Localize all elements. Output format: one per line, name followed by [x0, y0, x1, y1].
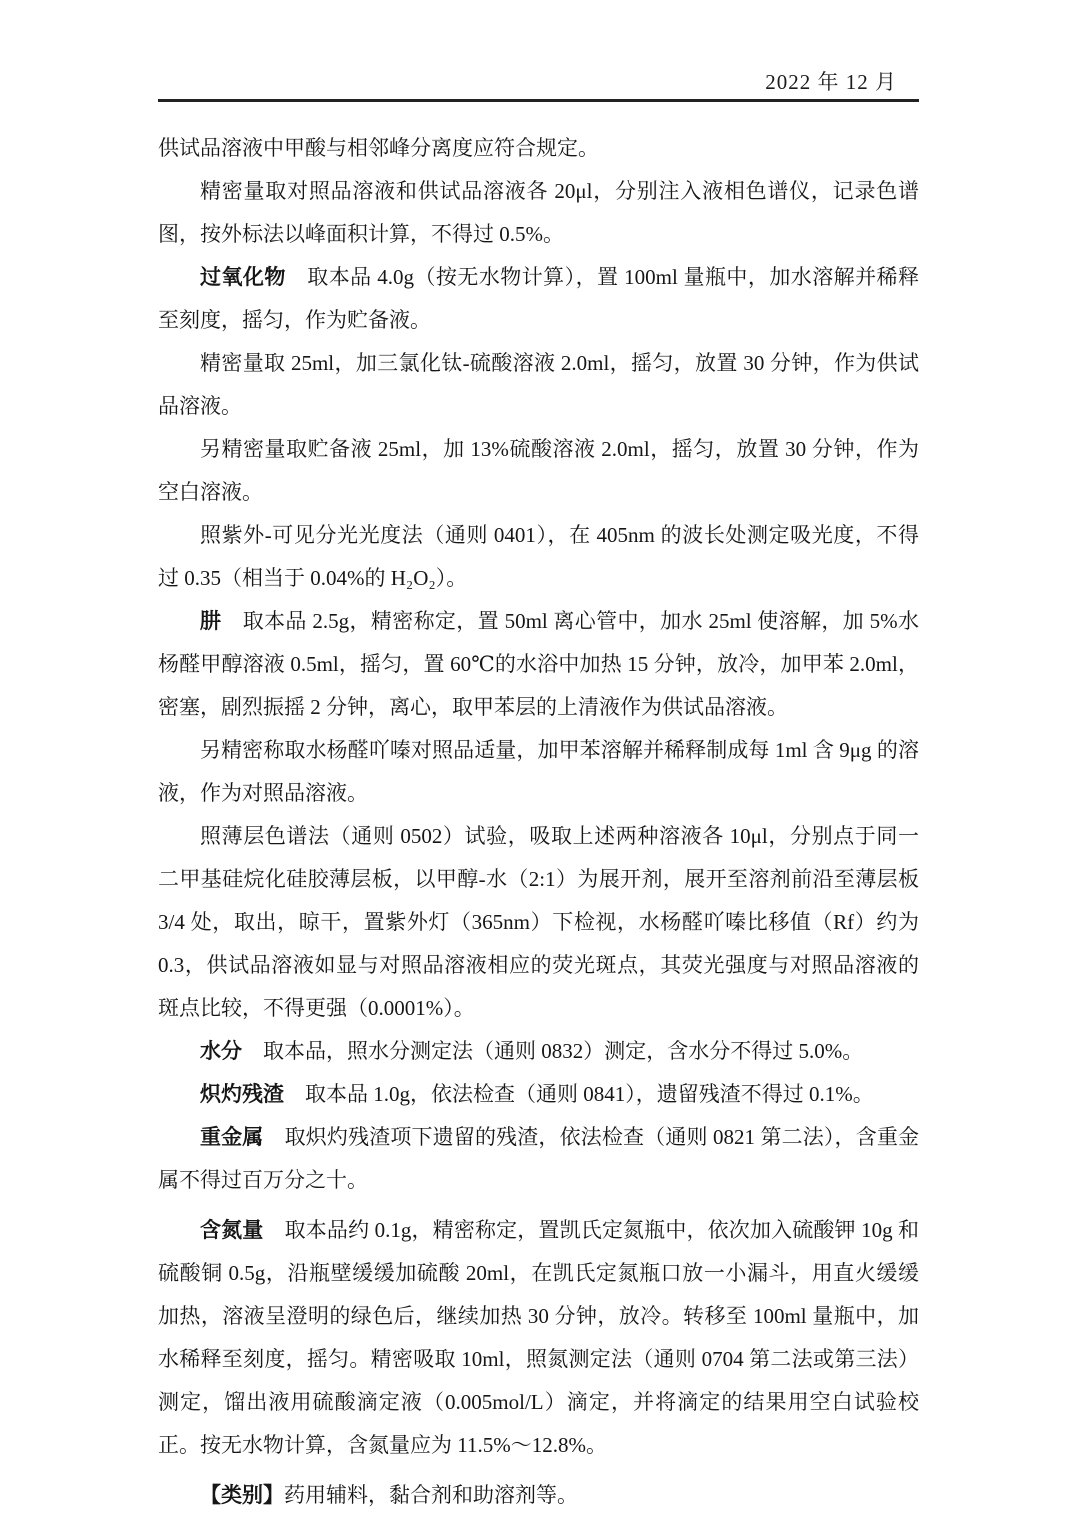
document-body: 供试品溶液中甲酸与相邻峰分离度应符合规定。精密量取对照品溶液和供试品溶液各 20… [158, 127, 919, 1517]
paragraph-text: 精密量取对照品溶液和供试品溶液各 20μl，分别注入液相色谱仪，记录色谱图，按外… [158, 179, 919, 246]
paragraph-text: 照紫外-可见分光光度法（通则 0401），在 405nm 的波长处测定吸光度，不… [158, 523, 919, 590]
paragraph: 精密量取 25ml，加三氯化钛-硫酸溶液 2.0ml，摇匀，放置 30 分钟，作… [158, 342, 919, 428]
paragraph-text: 取本品 1.0g，依法检查（通则 0841），遗留残渣不得过 0.1%。 [305, 1082, 874, 1106]
header-date: 2022 年 12 月 [765, 70, 897, 94]
paragraph: 供试品溶液中甲酸与相邻峰分离度应符合规定。 [158, 127, 919, 170]
paragraph: 炽灼残渣 取本品 1.0g，依法检查（通则 0841），遗留残渣不得过 0.1%… [158, 1073, 919, 1116]
paragraph-heading: 水分 [200, 1039, 263, 1063]
paragraph-heading: 肼 [200, 609, 243, 633]
paragraph: 照紫外-可见分光光度法（通则 0401），在 405nm 的波长处测定吸光度，不… [158, 514, 919, 600]
paragraph-text: 取本品 2.5g，精密称定，置 50ml 离心管中，加水 25ml 使溶解，加 … [158, 609, 919, 719]
paragraph-text: 另精密称取水杨醛吖嗪对照品适量，加甲苯溶解并稀释制成每 1ml 含 9μg 的溶… [158, 738, 919, 805]
paragraph: 照薄层色谱法（通则 0502）试验，吸取上述两种溶液各 10μl，分别点于同一二… [158, 815, 919, 1030]
paragraph: 含氮量 取本品约 0.1g，精密称定，置凯氏定氮瓶中，依次加入硫酸钾 10g 和… [158, 1209, 919, 1467]
paragraph: 另精密称取水杨醛吖嗪对照品适量，加甲苯溶解并稀释制成每 1ml 含 9μg 的溶… [158, 729, 919, 815]
document-page: 2022 年 12 月 供试品溶液中甲酸与相邻峰分离度应符合规定。精密量取对照品… [0, 0, 1080, 1527]
paragraph: 肼 取本品 2.5g，精密称定，置 50ml 离心管中，加水 25ml 使溶解，… [158, 600, 919, 729]
paragraph-heading: 重金属 [200, 1125, 285, 1149]
page-header: 2022 年 12 月 [158, 68, 897, 96]
paragraph: 另精密量取贮备液 25ml，加 13%硫酸溶液 2.0ml，摇匀，放置 30 分… [158, 428, 919, 514]
paragraph-text: 精密量取 25ml，加三氯化钛-硫酸溶液 2.0ml，摇匀，放置 30 分钟，作… [158, 351, 919, 418]
paragraph-text: 供试品溶液中甲酸与相邻峰分离度应符合规定。 [158, 136, 599, 160]
paragraph-text: 药用辅料，黏合剂和助溶剂等。 [284, 1483, 578, 1507]
paragraph-text: 取本品约 0.1g，精密称定，置凯氏定氮瓶中，依次加入硫酸钾 10g 和硫酸铜 … [158, 1218, 919, 1457]
paragraph-heading: 含氮量 [200, 1218, 285, 1242]
paragraph: 【类别】药用辅料，黏合剂和助溶剂等。 [158, 1474, 919, 1517]
header-rule [158, 99, 919, 102]
paragraph-text: 取本品，照水分测定法（通则 0832）测定，含水分不得过 5.0%。 [263, 1039, 863, 1063]
paragraph-text: 另精密量取贮备液 25ml，加 13%硫酸溶液 2.0ml，摇匀，放置 30 分… [158, 437, 919, 504]
paragraph: 过氧化物 取本品 4.0g（按无水物计算），置 100ml 量瓶中，加水溶解并稀… [158, 256, 919, 342]
paragraph: 精密量取对照品溶液和供试品溶液各 20μl，分别注入液相色谱仪，记录色谱图，按外… [158, 170, 919, 256]
paragraph-heading: 炽灼残渣 [200, 1082, 305, 1106]
paragraph: 水分 取本品，照水分测定法（通则 0832）测定，含水分不得过 5.0%。 [158, 1030, 919, 1073]
paragraph-text: 照薄层色谱法（通则 0502）试验，吸取上述两种溶液各 10μl，分别点于同一二… [158, 824, 919, 1020]
paragraph-heading: 过氧化物 [200, 265, 307, 289]
paragraph: 重金属 取炽灼残渣项下遗留的残渣，依法检查（通则 0821 第二法），含重金属不… [158, 1116, 919, 1202]
paragraph-heading: 【类别】 [200, 1483, 284, 1507]
